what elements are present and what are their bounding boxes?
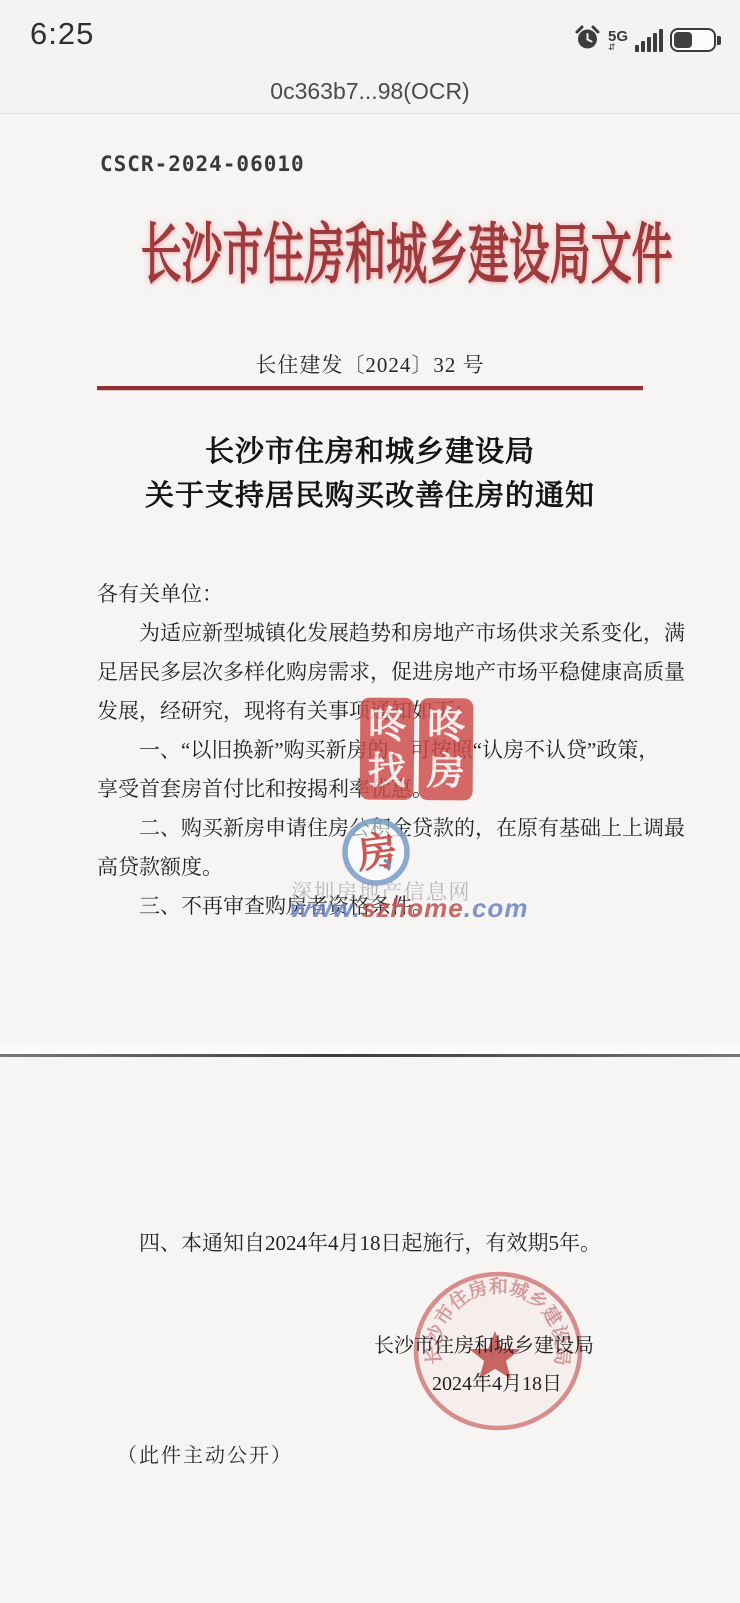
watermark-site-url: www.szhome.com (290, 893, 528, 924)
body-line: 为适应新型城镇化发展趋势和房地产市场供求关系变化，满 (97, 614, 663, 653)
alarm-icon (574, 24, 601, 56)
sign-date: 2024年4月18日 (432, 1367, 562, 1396)
document-title: 长沙市住房和城乡建设局 关于支持居民购买改善住房的通知 (0, 430, 740, 518)
clause-four: 四、本通知自2024年4月18日起施行，有效期5年。 (139, 1227, 601, 1257)
document-red-header: 长沙市住房和城乡建设局文件 (141, 210, 600, 302)
document-photo: CSCR-2024-06010 长沙市住房和城乡建设局文件 长住建发〔2024〕… (0, 114, 740, 1603)
watermark-stamp: 咚 找 咚 房 (360, 698, 474, 801)
watermark-stamp-right: 咚 房 (419, 698, 474, 800)
data-arrows-icon: ⇵ (608, 43, 616, 52)
document-title-line2: 关于支持居民购买改善住房的通知 (0, 474, 740, 518)
page-seam-line (0, 1054, 740, 1057)
watermark-stamp-left: 咚 找 (360, 698, 415, 800)
document-title-line1: 长沙市住房和城乡建设局 (0, 430, 740, 474)
document-code: CSCR-2024-06010 (100, 152, 305, 176)
status-icons: 5G ⇵ (574, 24, 716, 56)
salutation: 各有关单位： (97, 575, 663, 614)
signer-name: 长沙市住房和城乡建设局 (374, 1329, 594, 1358)
red-rule-divider (97, 386, 643, 390)
page-seam-highlight (0, 1038, 740, 1054)
status-bar: 6:25 5G ⇵ (0, 0, 740, 64)
phone-screen: 6:25 5G ⇵ 0c363b7...98(OCR) (0, 0, 740, 1603)
footer-note: （此件主动公开） (117, 1439, 293, 1468)
network-type-indicator: 5G ⇵ (608, 29, 628, 52)
status-time: 6:25 (30, 16, 94, 52)
battery-icon (670, 28, 716, 52)
svg-text:房: 房 (353, 828, 399, 878)
page-title: 0c363b7...98(OCR) (0, 78, 740, 105)
body-line: 足居民多层次多样化购房需求，促进房地产市场平稳健康高质量 (97, 653, 663, 692)
signal-strength-icon (635, 28, 663, 52)
document-ref-number: 长住建发〔2024〕32 号 (0, 349, 740, 379)
